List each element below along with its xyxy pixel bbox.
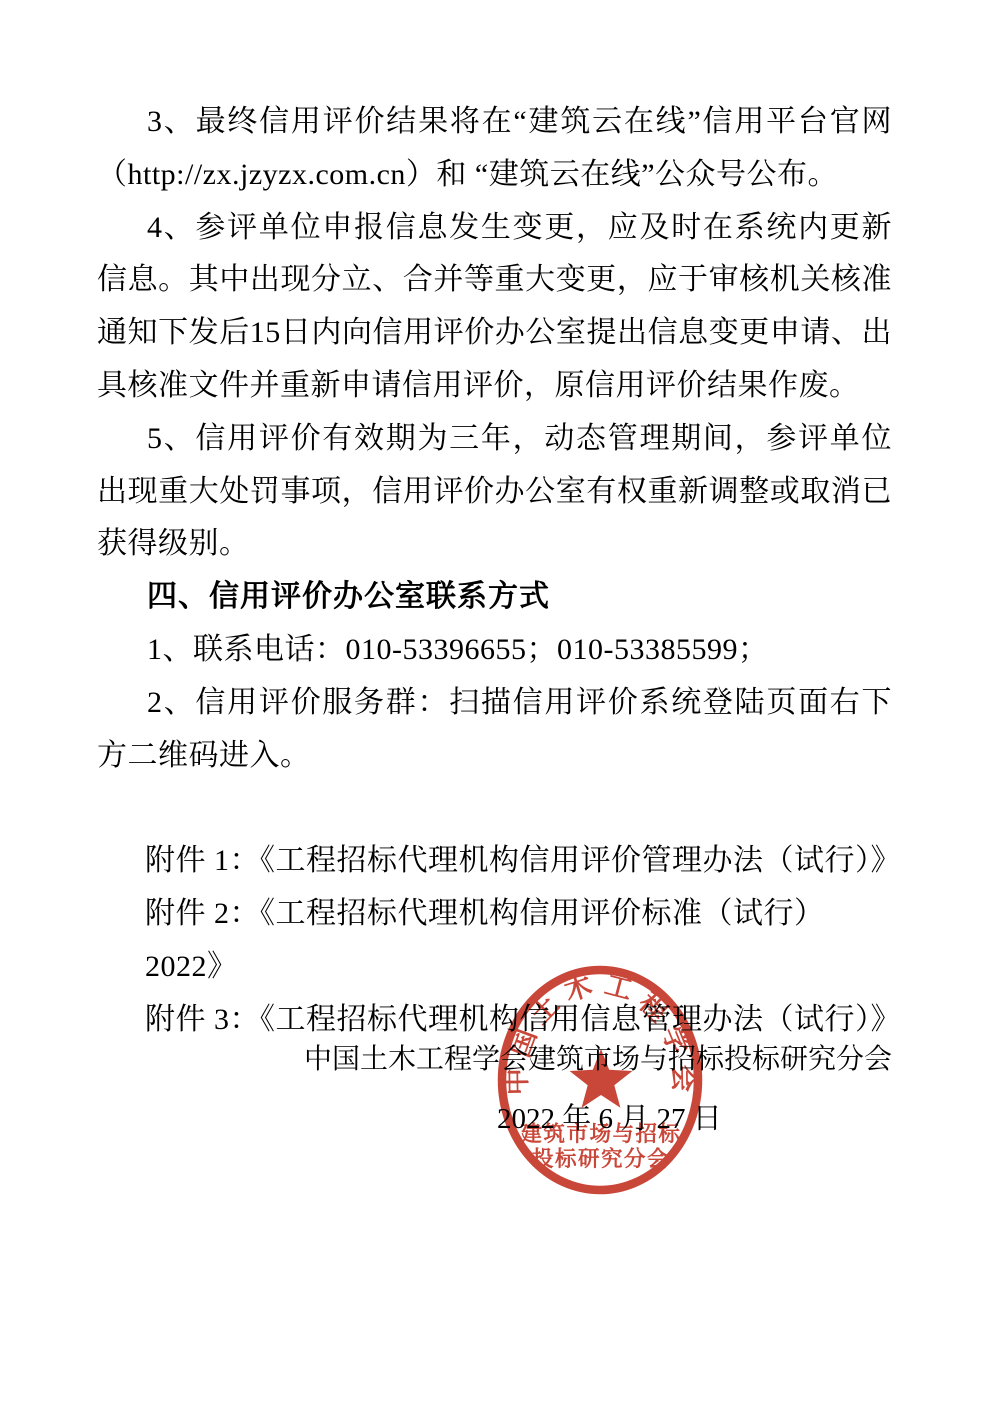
contact-item-phone: 1、联系电话：010-53396655；010-53385599； [97, 624, 892, 677]
official-seal: 中国土木工程学会 建筑市场与招标 投标研究分会 [496, 964, 704, 1196]
paragraph-item-5: 5、信用评价有效期为三年，动态管理期间，参评单位出现重大处罚事项，信用评价办公室… [97, 413, 892, 571]
document-page: 3、最终信用评价结果将在“建筑云在线”信用平台官网（http://zx.jzyz… [0, 0, 1000, 1414]
document-body: 3、最终信用评价结果将在“建筑云在线”信用平台官网（http://zx.jzyz… [97, 96, 892, 1046]
contact-item-service-group: 2、信用评价服务群：扫描信用评价系统登陆页面右下方二维码进入。 [97, 677, 892, 783]
signature-line: 中国土木工程学会建筑市场与招标投标研究分会 [97, 1038, 892, 1082]
section-heading: 四、信用评价办公室联系方式 [97, 571, 892, 624]
paragraph-item-3: 3、最终信用评价结果将在“建筑云在线”信用平台官网（http://zx.jzyz… [97, 96, 892, 202]
seal-star-icon [570, 1049, 633, 1108]
seal-caption-line2: 投标研究分会 [532, 1146, 670, 1171]
attachment-item-1: 附件 1：《工程招标代理机构信用评价管理办法（试行）》 [97, 835, 892, 888]
attachment-item-2: 附件 2：《工程招标代理机构信用评价标准（试行）2022》 [97, 888, 892, 994]
seal-caption-line1: 建筑市场与招标 [520, 1121, 681, 1146]
paragraph-item-4: 4、参评单位申报信息发生变更，应及时在系统内更新信息。其中出现分立、合并等重大变… [97, 202, 892, 413]
